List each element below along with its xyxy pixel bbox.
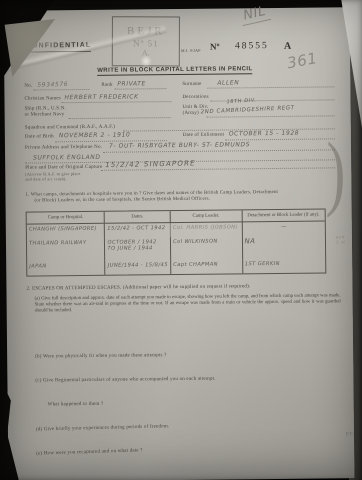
leader-cell: Capt CHAPMAN	[170, 259, 242, 274]
unit-div-value-top: 18TH DIV.	[226, 97, 256, 105]
camps-table: Camp or Hospital. Dates. Camp Leader. De…	[26, 208, 327, 276]
form-rule	[114, 88, 166, 90]
detachment-cell: 1ST GERKIN	[242, 258, 326, 273]
camp-cell: THAILAND RAILWAY	[27, 237, 105, 261]
surname-label: Surname	[182, 82, 201, 87]
form-rule	[62, 101, 172, 103]
christian-names-value: HERBERT FREDERICK	[64, 93, 138, 101]
capture-label: Place and Date of Original Capture	[25, 165, 102, 171]
dates-cell: JUNE/1944 - 15/8/45	[105, 260, 171, 275]
pto-label: P.T.O.	[346, 431, 358, 436]
form-rule	[69, 117, 171, 119]
paper-bright-spot	[140, 55, 152, 67]
detachment-cell: —	[241, 221, 325, 236]
capture-sublabel: (Aircrew R.A.F. to give place and date o…	[25, 171, 80, 182]
form-paper: CONFIDENTIAL BEJR Nº 51 A. M.I. 9/JAP Nº…	[4, 7, 355, 480]
table-row: JAPAN JUNE/1944 - 15/8/45 Capt CHAPMAN 1…	[27, 258, 325, 275]
form-rule	[33, 89, 89, 91]
christian-names-label: Christian Names	[24, 96, 61, 101]
table-row: THAILAND RAILWAY OCTOBER / 1942 TO JUNE …	[27, 235, 325, 261]
detachment-cell: NA	[241, 235, 325, 259]
capture-value: 15/2/42 SINGAPORE	[105, 159, 196, 169]
question2e-text: (e) How were you recaptured and on what …	[36, 448, 143, 456]
form-rule	[207, 86, 334, 88]
pencil-note-nil: NIL	[239, 3, 271, 26]
form-rule	[225, 138, 335, 140]
form-rule	[103, 149, 335, 152]
camps-header-detachment: Detachment or Block Leader (if any).	[241, 209, 325, 221]
no-label: No.	[24, 84, 32, 89]
dates-cell: 15/2/42 - OCT 1942	[104, 223, 170, 238]
number-symbol: Nº	[210, 42, 220, 52]
pencil-bracket-mark: )	[325, 123, 346, 221]
camps-header-camp: Camp or Hospital.	[27, 212, 105, 224]
leader-cell: Col WILKINSON	[170, 236, 242, 260]
squadron-label: Squadron and Command (R.A.F., A.A.F.)	[25, 125, 115, 131]
rank-value: PRIVATE	[117, 80, 146, 87]
camp-cell: JAPAN	[27, 260, 105, 275]
question2d-text: (d) Give briefly your experiences during…	[36, 424, 170, 432]
camps-header-leader: Camp Leader.	[170, 210, 242, 222]
form-reference: M.I. 9/JAP	[181, 48, 201, 53]
block-capitals-instruction: WRITE IN BLOCK CAPITAL LETTERS IN PENCIL	[97, 66, 253, 76]
decorations-label: Decorations	[182, 95, 208, 100]
question2-title: 2. ESCAPES OR ATTEMPTED ESCAPES. (Additi…	[26, 284, 250, 291]
leader-cell: Col. HARRIS (JOBSON)	[170, 222, 242, 237]
private-address-label: Private Address and Telephone No.	[25, 145, 102, 151]
form-serial-number: 48555	[235, 41, 269, 51]
form-serial-suffix: A	[284, 41, 292, 52]
camp-cell: CHANGHI (SINGAPORE)	[27, 223, 105, 238]
dates-cell: OCTOBER / 1942 TO JUNE / 1944	[104, 237, 170, 261]
no-value: 5934576	[37, 81, 68, 89]
private-address-value-line1: 7- OUT- RISBYGATE BURY- ST- EDMUNDS	[109, 141, 250, 149]
question1-line2: (or Block) Leaders or, in the case of ho…	[35, 197, 211, 204]
ship-label: Ship (R.N., U.S.N. or Merchant Navy	[25, 106, 67, 118]
camps-header-dates: Dates.	[104, 211, 170, 223]
photo-of-document: CONFIDENTIAL BEJR Nº 51 A. M.I. 9/JAP Nº…	[0, 0, 362, 480]
date-of-birth-value: NOVEMBER 2 - 1910	[59, 132, 131, 140]
question2c-followup-text: What happened to them ?	[48, 402, 104, 408]
date-of-enlistment-label: Date of Enlistment	[183, 133, 224, 138]
question2b-text: (b) Were you physically fit when you mad…	[35, 353, 166, 359]
unit-div-value: 2ND CAMBRIDGESHIRE REGT	[201, 105, 295, 115]
pencil-note-361: 361	[286, 49, 319, 72]
form-rule	[207, 115, 335, 117]
private-address-value-line2: SUFFOLK ENGLAND	[33, 154, 101, 162]
surname-value: ALLEN	[217, 79, 239, 86]
date-of-enlistment-value: OCTOBER 15 - 1928	[229, 130, 299, 138]
question2c-text: (c) Give Regimental particulars of anyon…	[35, 377, 215, 384]
date-of-birth-label: Date of Birth	[25, 134, 54, 139]
pencil-margin-note: and 1 st	[336, 235, 346, 244]
rank-label: Rank	[101, 83, 112, 88]
question2a-text: (a) Give full description and approx. da…	[35, 293, 341, 315]
